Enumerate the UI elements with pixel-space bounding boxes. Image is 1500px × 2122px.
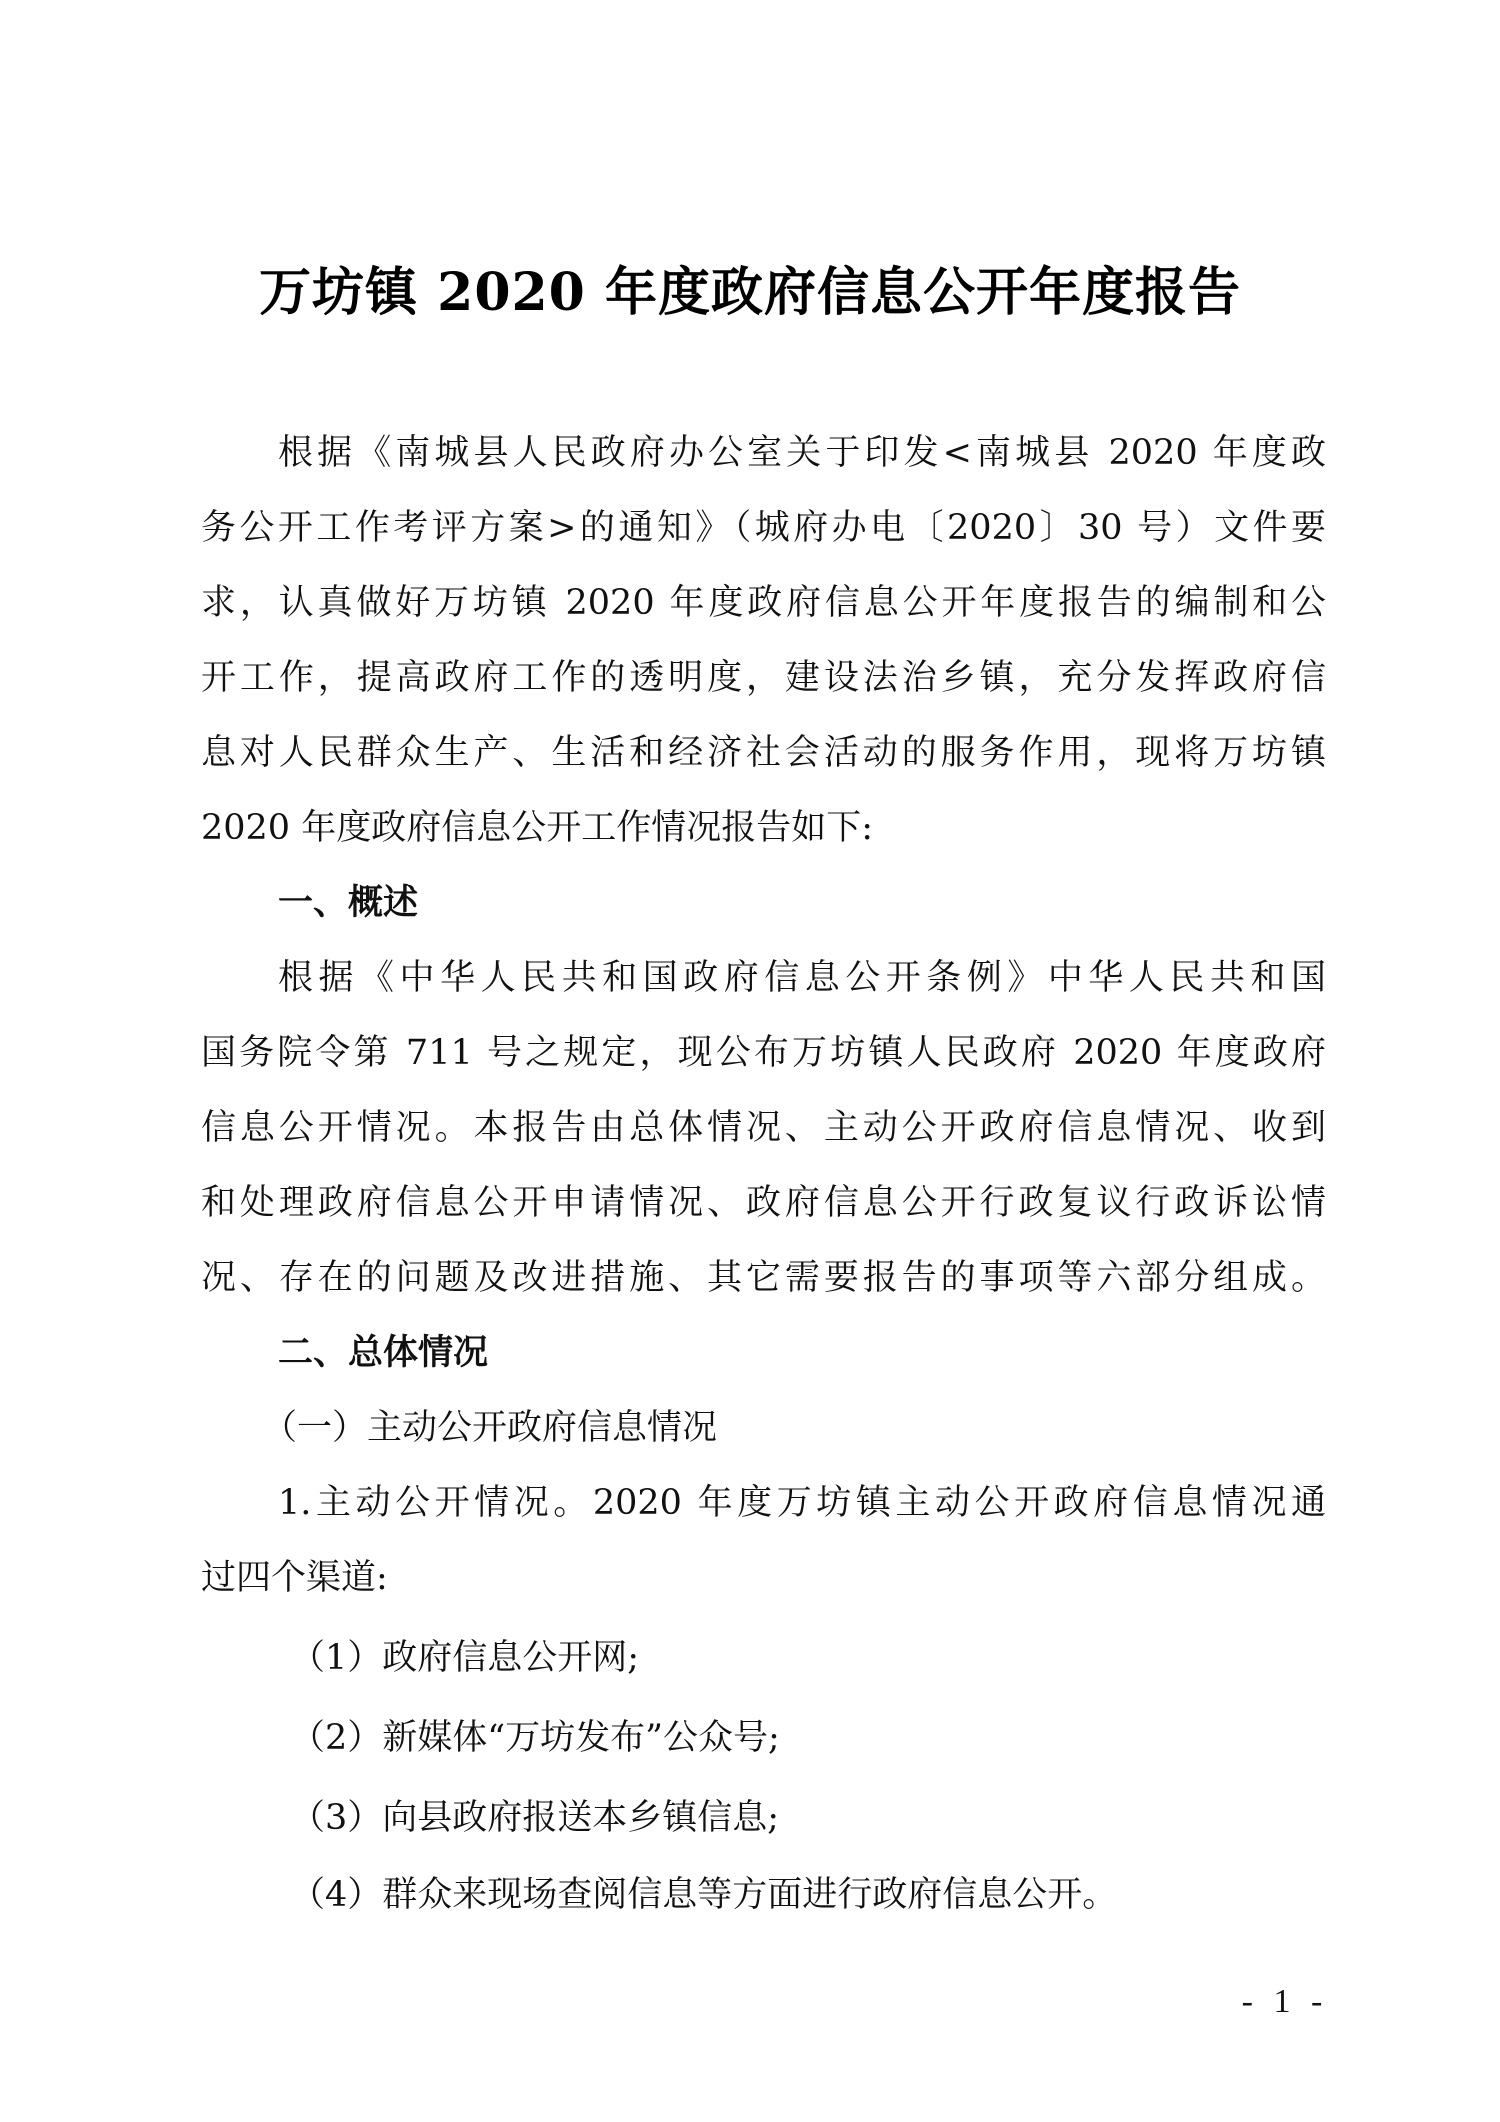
intro-line-5: 息对人民群众生产、生活和经济社会活动的服务作用，现将万坊镇 xyxy=(201,723,1326,783)
overview-line-3: 信息公开情况。本报告由总体情况、主动公开政府信息情况、收到 xyxy=(201,1098,1326,1158)
document-title: 万坊镇 2020 年度政府信息公开年度报告 xyxy=(0,258,1500,328)
general-line-1: 1.主动公开情况。2020 年度万坊镇主动公开政府信息情况通 xyxy=(278,1473,1326,1533)
section-heading-overview: 一、概述 xyxy=(278,873,1326,933)
channel-item-1: （1）政府信息公开网; xyxy=(290,1628,1290,1688)
intro-line-1: 根据《南城县人民政府办公室关于印发<南城县 2020 年度政 xyxy=(278,423,1326,483)
channel-item-2: （2）新媒体“万坊发布”公众号; xyxy=(290,1708,1290,1768)
intro-line-2: 务公开工作考评方案>的通知》（城府办电〔2020〕30 号）文件要 xyxy=(201,498,1326,558)
subsection-heading-proactive: （一）主动公开政府信息情况 xyxy=(262,1398,1387,1458)
channel-item-4: （4）群众来现场查阅信息等方面进行政府信息公开。 xyxy=(290,1865,1290,1925)
general-line-2: 过四个渠道: xyxy=(201,1548,1326,1608)
overview-line-2: 国务院令第 711 号之规定，现公布万坊镇人民政府 2020 年度政府 xyxy=(201,1023,1326,1083)
intro-line-4: 开工作，提高政府工作的透明度，建设法治乡镇，充分发挥政府信 xyxy=(201,648,1326,708)
overview-line-5: 况、存在的问题及改进措施、其它需要报告的事项等六部分组成。 xyxy=(201,1248,1326,1308)
document-page: 万坊镇 2020 年度政府信息公开年度报告 根据《南城县人民政府办公室关于印发<… xyxy=(0,0,1500,2122)
overview-line-4: 和处理政府信息公开申请情况、政府信息公开行政复议行政诉讼情 xyxy=(201,1173,1326,1233)
intro-line-6: 2020 年度政府信息公开工作情况报告如下: xyxy=(201,798,1326,858)
overview-line-1: 根据《中华人民共和国政府信息公开条例》中华人民共和国 xyxy=(278,948,1326,1008)
intro-line-3: 求，认真做好万坊镇 2020 年度政府信息公开年度报告的编制和公 xyxy=(201,573,1326,633)
channel-item-3: （3）向县政府报送本乡镇信息; xyxy=(290,1788,1290,1848)
page-number: - 1 - xyxy=(1225,1982,1345,2022)
section-heading-general: 二、总体情况 xyxy=(278,1323,1326,1383)
